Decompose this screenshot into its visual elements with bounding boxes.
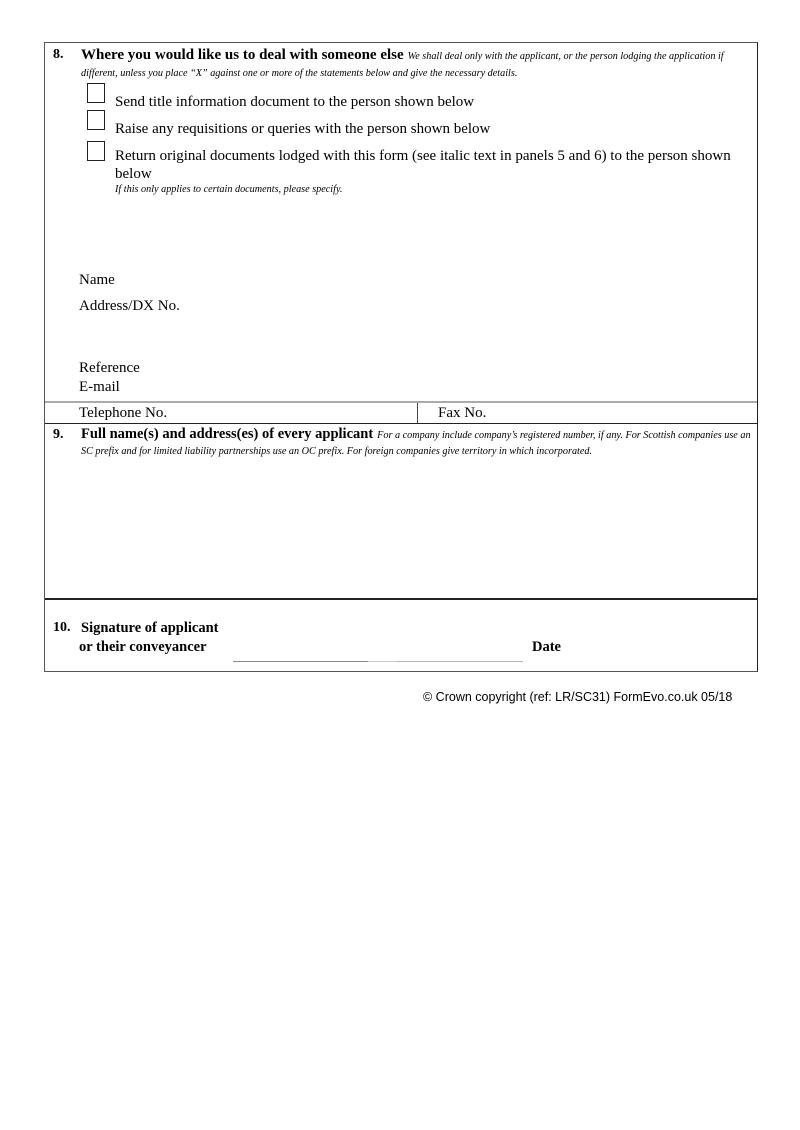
panel-10-title-line1: Signature of applicant <box>81 620 219 637</box>
signature-input[interactable] <box>233 633 523 661</box>
name-input[interactable] <box>185 272 745 292</box>
panel-10-title-line2: or their conveyancer <box>79 639 207 656</box>
copyright-footer: © Crown copyright (ref: LR/SC31) FormEvo… <box>423 690 732 704</box>
panel-8-header: Where you would like us to deal with som… <box>81 47 751 81</box>
email-label: E-mail <box>79 379 120 396</box>
telephone-input[interactable] <box>185 405 415 423</box>
name-label: Name <box>79 272 115 289</box>
signature-line <box>233 661 368 662</box>
divider <box>45 401 757 403</box>
panel-9-number: 9. <box>53 427 64 443</box>
checkbox-return-documents[interactable] <box>87 141 105 161</box>
panel-8-title: Where you would like us to deal with som… <box>81 47 404 63</box>
panel-9-header: Full name(s) and address(es) of every ap… <box>81 427 751 458</box>
date-input[interactable] <box>575 633 745 661</box>
signature-line <box>368 661 396 662</box>
option-send-title-info-label: Send title information document to the p… <box>115 93 474 111</box>
divider <box>45 423 757 424</box>
applicants-input[interactable] <box>81 473 751 593</box>
reference-input[interactable] <box>185 360 745 378</box>
reference-label: Reference <box>79 360 140 377</box>
divider <box>417 403 418 423</box>
checkbox-send-title-info[interactable] <box>87 83 105 103</box>
panel-10-number: 10. <box>53 620 71 636</box>
signature-line <box>396 661 523 662</box>
panel-9-title: Full name(s) and address(es) of every ap… <box>81 426 373 442</box>
checkbox-raise-requisitions[interactable] <box>87 110 105 130</box>
fax-label: Fax No. <box>438 405 486 422</box>
form-page: 8. Where you would like us to deal with … <box>44 42 758 672</box>
documents-specify-input[interactable] <box>115 199 745 269</box>
telephone-label: Telephone No. <box>79 405 167 422</box>
option-return-documents-note: If this only applies to certain document… <box>115 184 342 195</box>
email-input[interactable] <box>185 379 745 397</box>
option-raise-requisitions-label: Raise any requisitions or queries with t… <box>115 120 490 138</box>
date-label: Date <box>532 639 561 656</box>
option-return-documents-label: Return original documents lodged with th… <box>115 147 745 183</box>
fax-input[interactable] <box>505 405 745 423</box>
panel-8-number: 8. <box>53 47 64 63</box>
address-label: Address/DX No. <box>79 298 180 315</box>
divider <box>45 598 757 600</box>
address-input[interactable] <box>205 298 745 353</box>
